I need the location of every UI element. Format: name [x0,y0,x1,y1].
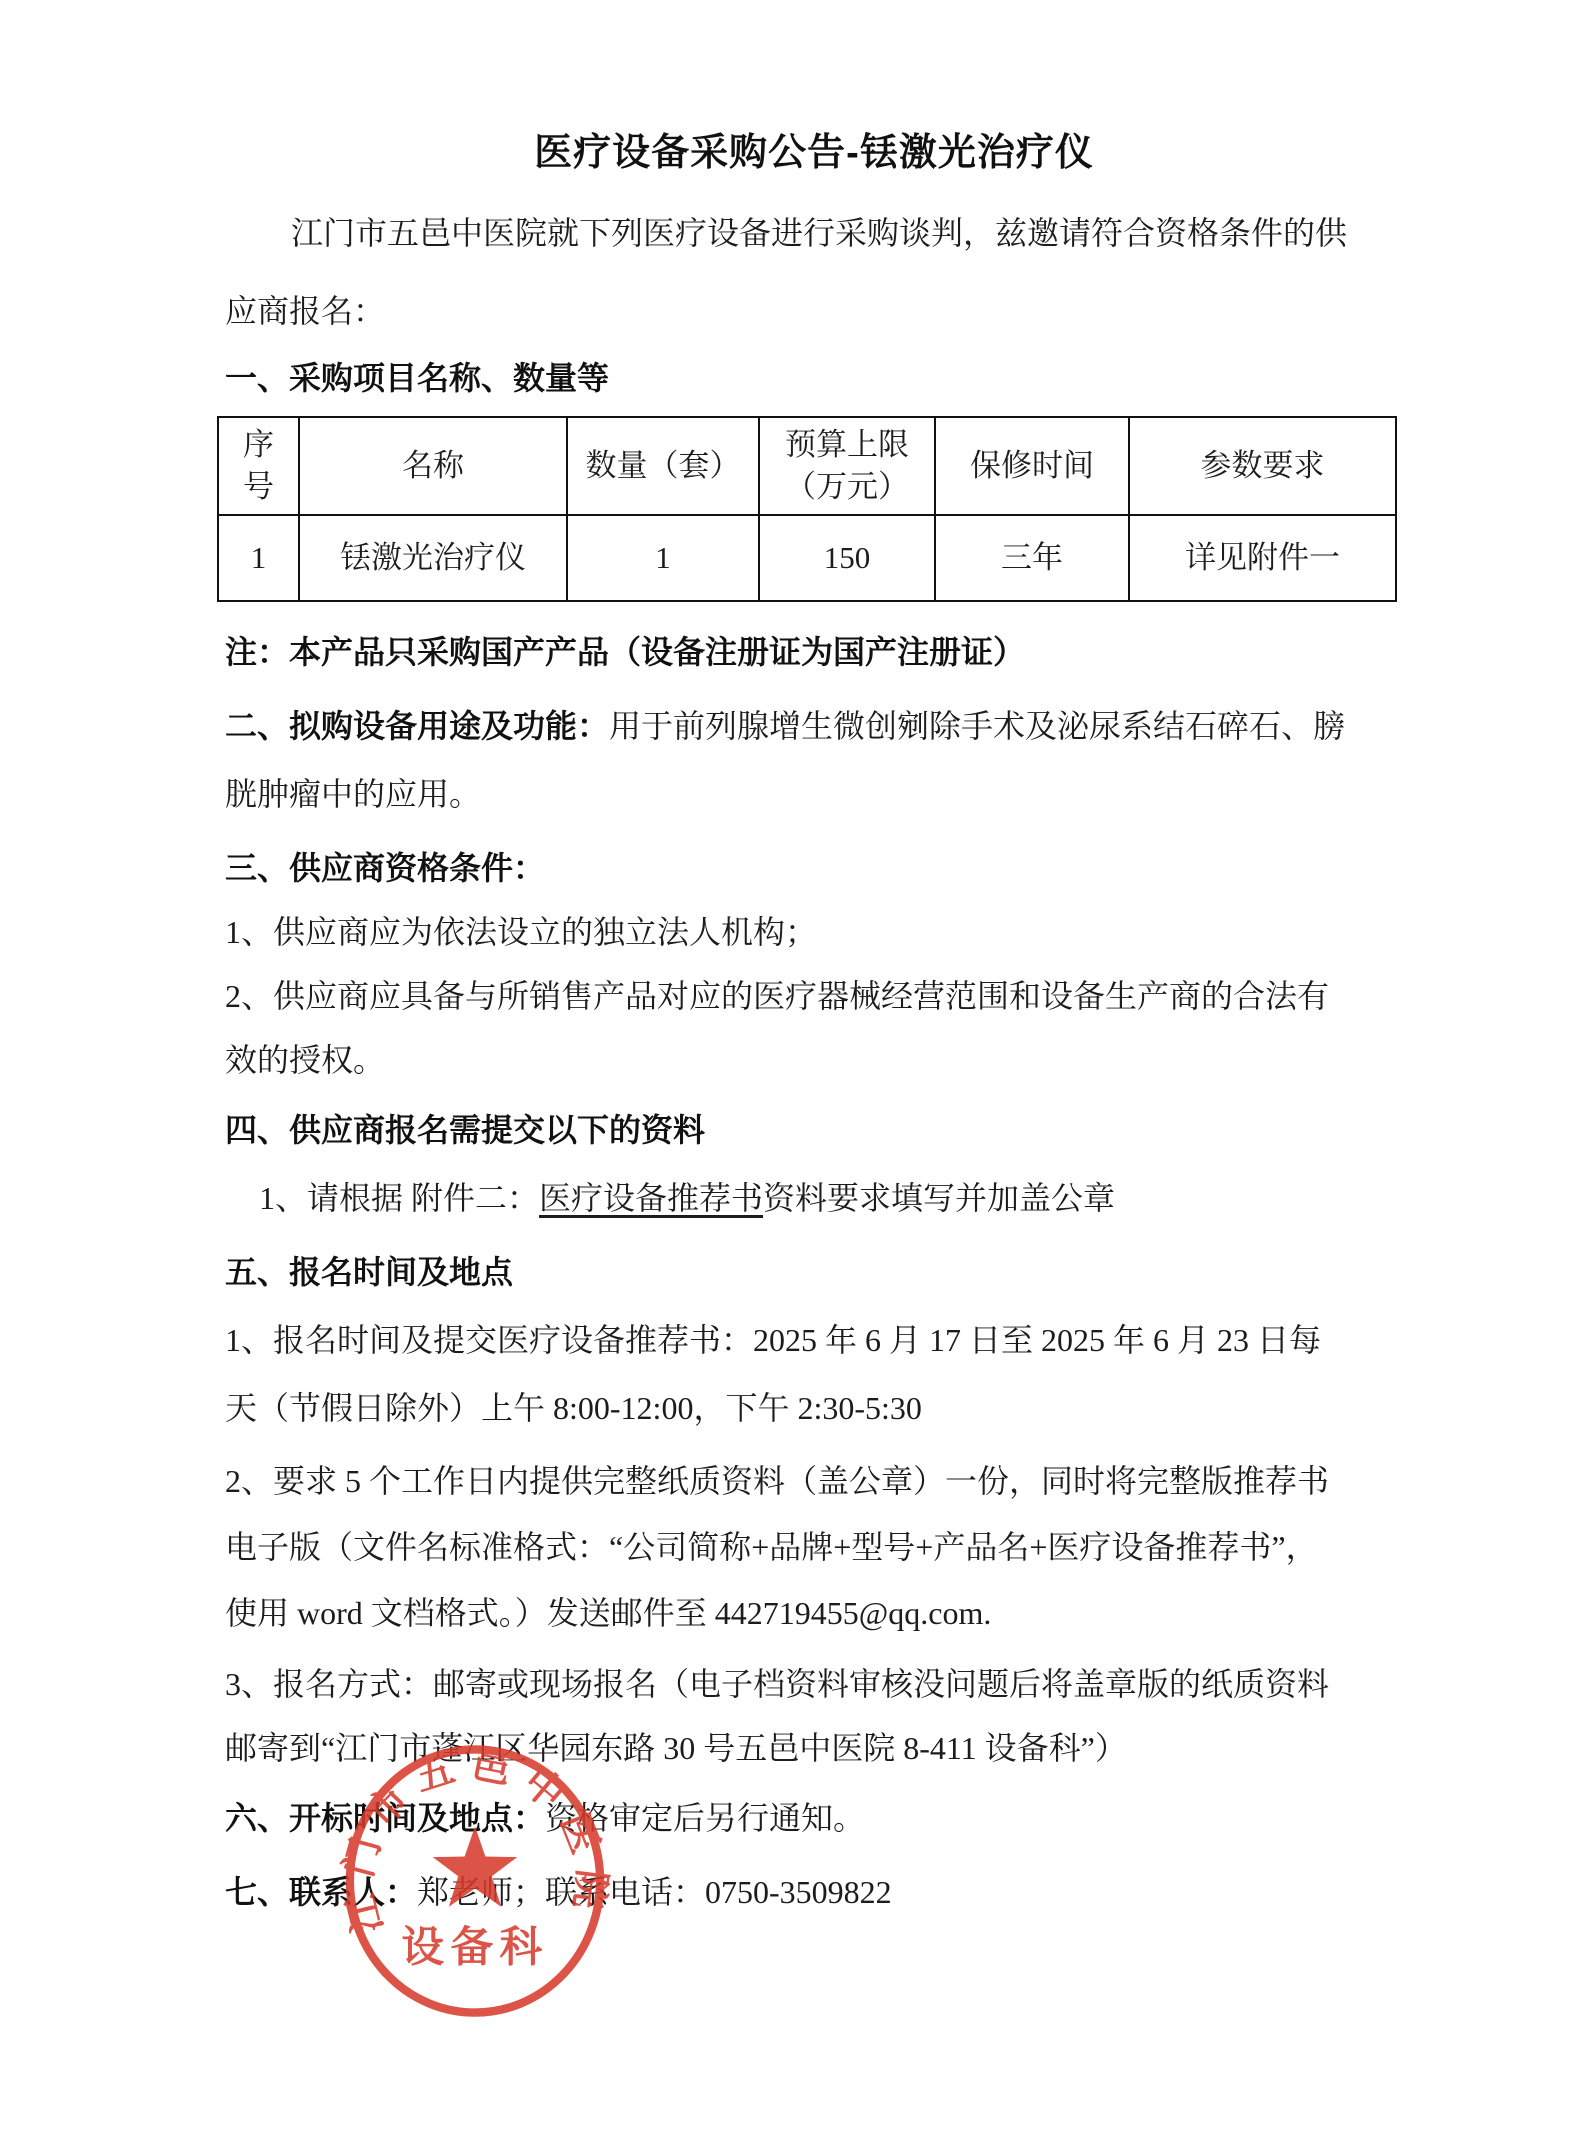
procurement-table: 序号 名称 数量（套） 预算上限（万元） 保修时间 参数要求 1 铥激光治疗仪 … [217,416,1397,602]
cell-seq: 1 [218,515,299,601]
intro-line-2: 应商报名： [225,272,1403,350]
contact-info: 郑老师；联系电话：0750-3509822 [417,1874,892,1910]
section-5-item-2-line-3: 使用 word 文档格式。）发送邮件至 442719455@qq.com. [225,1580,1403,1646]
section-2: 二、拟购设备用途及功能：用于前列腺增生微创剜除手术及泌尿系结石碎石、膀 胱肿瘤中… [225,692,1403,828]
section-4-item-pre: 1、请根据 附件二： [259,1180,539,1216]
section-3-item-2-line-2: 效的授权。 [225,1028,1403,1092]
col-header-budget: 预算上限（万元） [759,417,935,515]
section-2-text: 用于前列腺增生微创剜除手术及泌尿系结石碎石、膀 [609,708,1345,744]
section-7: 七、联系人：郑老师；联系电话：0750-3509822 [225,1862,1403,1922]
section-4: 四、供应商报名需提交以下的资料 1、请根据 附件二：医疗设备推荐书资料要求填写并… [225,1096,1403,1232]
section-4-item-1: 1、请根据 附件二：医疗设备推荐书资料要求填写并加盖公章 [225,1164,1403,1232]
section-6-heading: 六、开标时间及地点： [225,1800,545,1836]
section-5-item-3-line-1: 3、报名方式：邮寄或现场报名（电子档资料审核没问题后将盖章版的纸质资料 [225,1652,1403,1716]
col-header-name: 名称 [299,417,567,515]
section-7-heading: 七、联系人： [225,1874,417,1910]
section-5-heading: 五、报名时间及地点 [225,1238,1403,1306]
col-header-seq: 序号 [218,417,299,515]
section-1-heading: 一、采购项目名称、数量等 [225,354,1403,402]
section-3-item-1: 1、供应商应为依法设立的独立法人机构； [225,900,1403,964]
note-line: 注：本产品只采购国产产品（设备注册证为国产注册证） [225,624,1403,680]
section-2-heading: 二、拟购设备用途及功能： [225,708,609,744]
seal-bottom-text: 设备科 [401,1925,548,1972]
col-header-warranty: 保修时间 [935,417,1129,515]
col-header-qty: 数量（套） [567,417,759,515]
section-5-item-2-line-2: 电子版（文件名标准格式：“公司简称+品牌+型号+产品名+医疗设备推荐书”， [225,1514,1403,1580]
section-5: 五、报名时间及地点 1、报名时间及提交医疗设备推荐书：2025 年 6 月 17… [225,1238,1403,1442]
section-5-item-3-line-2: 邮寄到“江门市蓬江区华园东路 30 号五邑中医院 8-411 设备科”） [225,1716,1403,1780]
section-5-item-3: 3、报名方式：邮寄或现场报名（电子档资料审核没问题后将盖章版的纸质资料 邮寄到“… [225,1652,1403,1780]
section-3-item-2-line-1: 2、供应商应具备与所销售产品对应的医疗器械经营范围和设备生产商的合法有 [225,964,1403,1028]
section-4-heading: 四、供应商报名需提交以下的资料 [225,1096,1403,1164]
attachment-link-text: 医疗设备推荐书 [539,1180,763,1216]
section-5-item-1-line-2: 天（节假日除外）上午 8:00-12:00，下午 2:30-5:30 [225,1374,1403,1442]
cell-params: 详见附件一 [1129,515,1396,601]
intro-line-1: 江门市五邑中医院就下列医疗设备进行采购谈判，兹邀请符合资格条件的供 [225,194,1403,272]
table-row: 1 铥激光治疗仪 1 150 三年 详见附件一 [218,515,1396,601]
col-header-params: 参数要求 [1129,417,1396,515]
section-5-item-2-line-1: 2、要求 5 个工作日内提供完整纸质资料（盖公章）一份，同时将完整版推荐书 [225,1448,1403,1514]
section-4-item-post: 资料要求填写并加盖公章 [763,1180,1115,1216]
section-5-item-1-line-1: 1、报名时间及提交医疗设备推荐书：2025 年 6 月 17 日至 2025 年… [225,1306,1403,1374]
section-6: 六、开标时间及地点：资格审定后另行通知。 [225,1788,1403,1848]
section-3: 三、供应商资格条件： 1、供应商应为依法设立的独立法人机构； 2、供应商应具备与… [225,836,1403,1092]
intro-paragraph: 江门市五邑中医院就下列医疗设备进行采购谈判，兹邀请符合资格条件的供 应商报名： [225,194,1403,350]
document-content: 医疗设备采购公告-铥激光治疗仪 江门市五邑中医院就下列医疗设备进行采购谈判，兹邀… [225,0,1403,1922]
table-header-row: 序号 名称 数量（套） 预算上限（万元） 保修时间 参数要求 [218,417,1396,515]
section-5-item-2: 2、要求 5 个工作日内提供完整纸质资料（盖公章）一份，同时将完整版推荐书 电子… [225,1448,1403,1646]
section-3-heading: 三、供应商资格条件： [225,836,1403,900]
cell-qty: 1 [567,515,759,601]
cell-warranty: 三年 [935,515,1129,601]
section-2-line-1: 二、拟购设备用途及功能：用于前列腺增生微创剜除手术及泌尿系结石碎石、膀 [225,692,1403,760]
document-title: 医疗设备采购公告-铥激光治疗仪 [225,128,1403,178]
section-6-text: 资格审定后另行通知。 [545,1800,865,1836]
cell-budget: 150 [759,515,935,601]
document-page: 医疗设备采购公告-铥激光治疗仪 江门市五邑中医院就下列医疗设备进行采购谈判，兹邀… [0,0,1587,2140]
section-2-line-2: 胱肿瘤中的应用。 [225,760,1403,828]
cell-name: 铥激光治疗仪 [299,515,567,601]
